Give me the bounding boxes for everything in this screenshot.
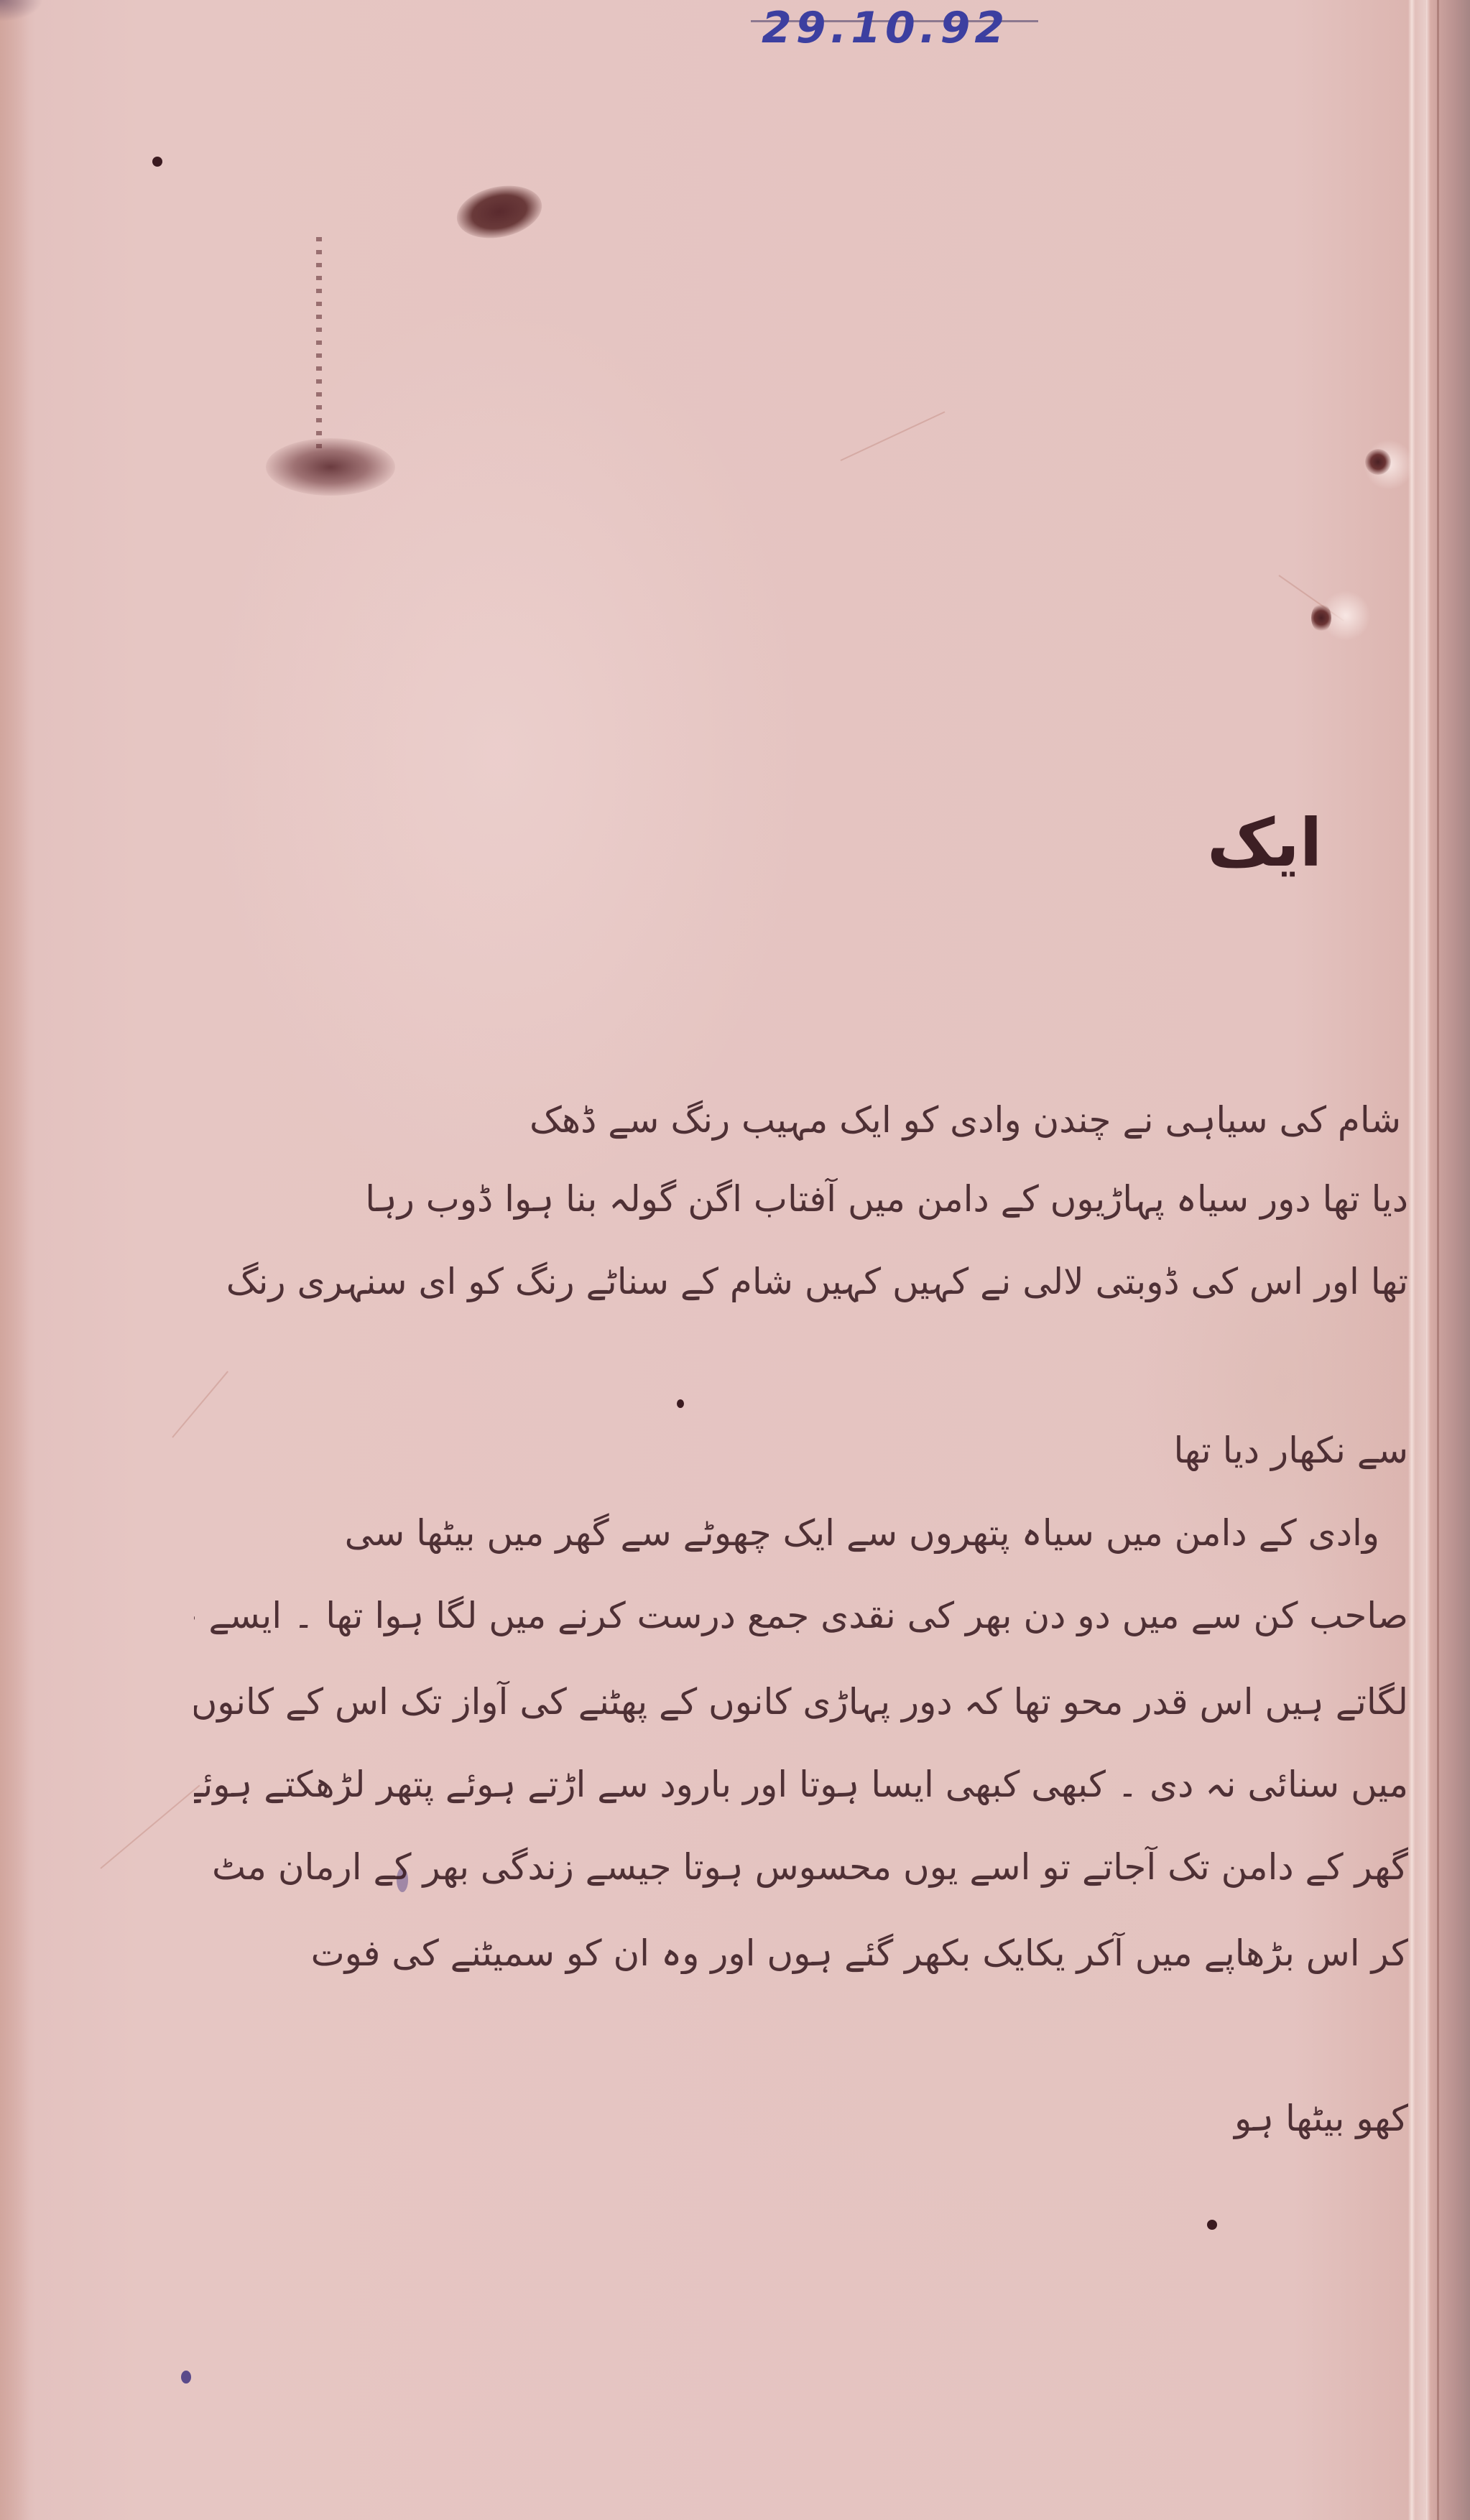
text-line: شام کی سیاہی نے چندن وادی کو ایک مہیب رن… [187, 1099, 1401, 1141]
text-line: میں سنائی نہ دی ۔ کبھی کبھی ایسا ہوتا او… [194, 1764, 1408, 1805]
text-line: دیا تھا دور سیاہ پہاڑیوں کے دامن میں آفت… [194, 1178, 1408, 1220]
text-line: لگاتے ہیں اس قدر محو تھا کہ دور پہاڑی کا… [194, 1681, 1408, 1723]
blue-ink-speck [181, 2371, 191, 2384]
page-fold-line [1408, 0, 1415, 2520]
text-line: صاحب کن سے میں دو دن بھر کی نقدی جمع درس… [194, 1595, 1408, 1636]
text-line: کھو بیٹھا ہو [1193, 2098, 1408, 2139]
text-line: سے نکھار دیا تھا [977, 1430, 1408, 1471]
text-line: تھا اور اس کی ڈوبتی لالی نے کہیں کہیں شا… [194, 1261, 1408, 1302]
torn-left-edge [0, 0, 29, 2520]
ink-dot [152, 157, 162, 167]
corner-shadow [0, 0, 43, 22]
text-line: وادی کے دامن میں سیاہ پتھروں سے ایک چھوٹ… [194, 1512, 1379, 1554]
text-line: کر اس بڑھاپے میں آکر یکایک بکھر گئے ہوں … [194, 1932, 1408, 1974]
manuscript-body: شام کی سیاہی نے چندن وادی کو ایک مہیب رن… [194, 0, 1408, 2520]
binding-edge [1426, 0, 1470, 2520]
text-line: گھر کے دامن تک آجاتے تو اسے یوں محسوس ہو… [194, 1846, 1408, 1888]
binding-stitch-line [1437, 0, 1439, 2520]
